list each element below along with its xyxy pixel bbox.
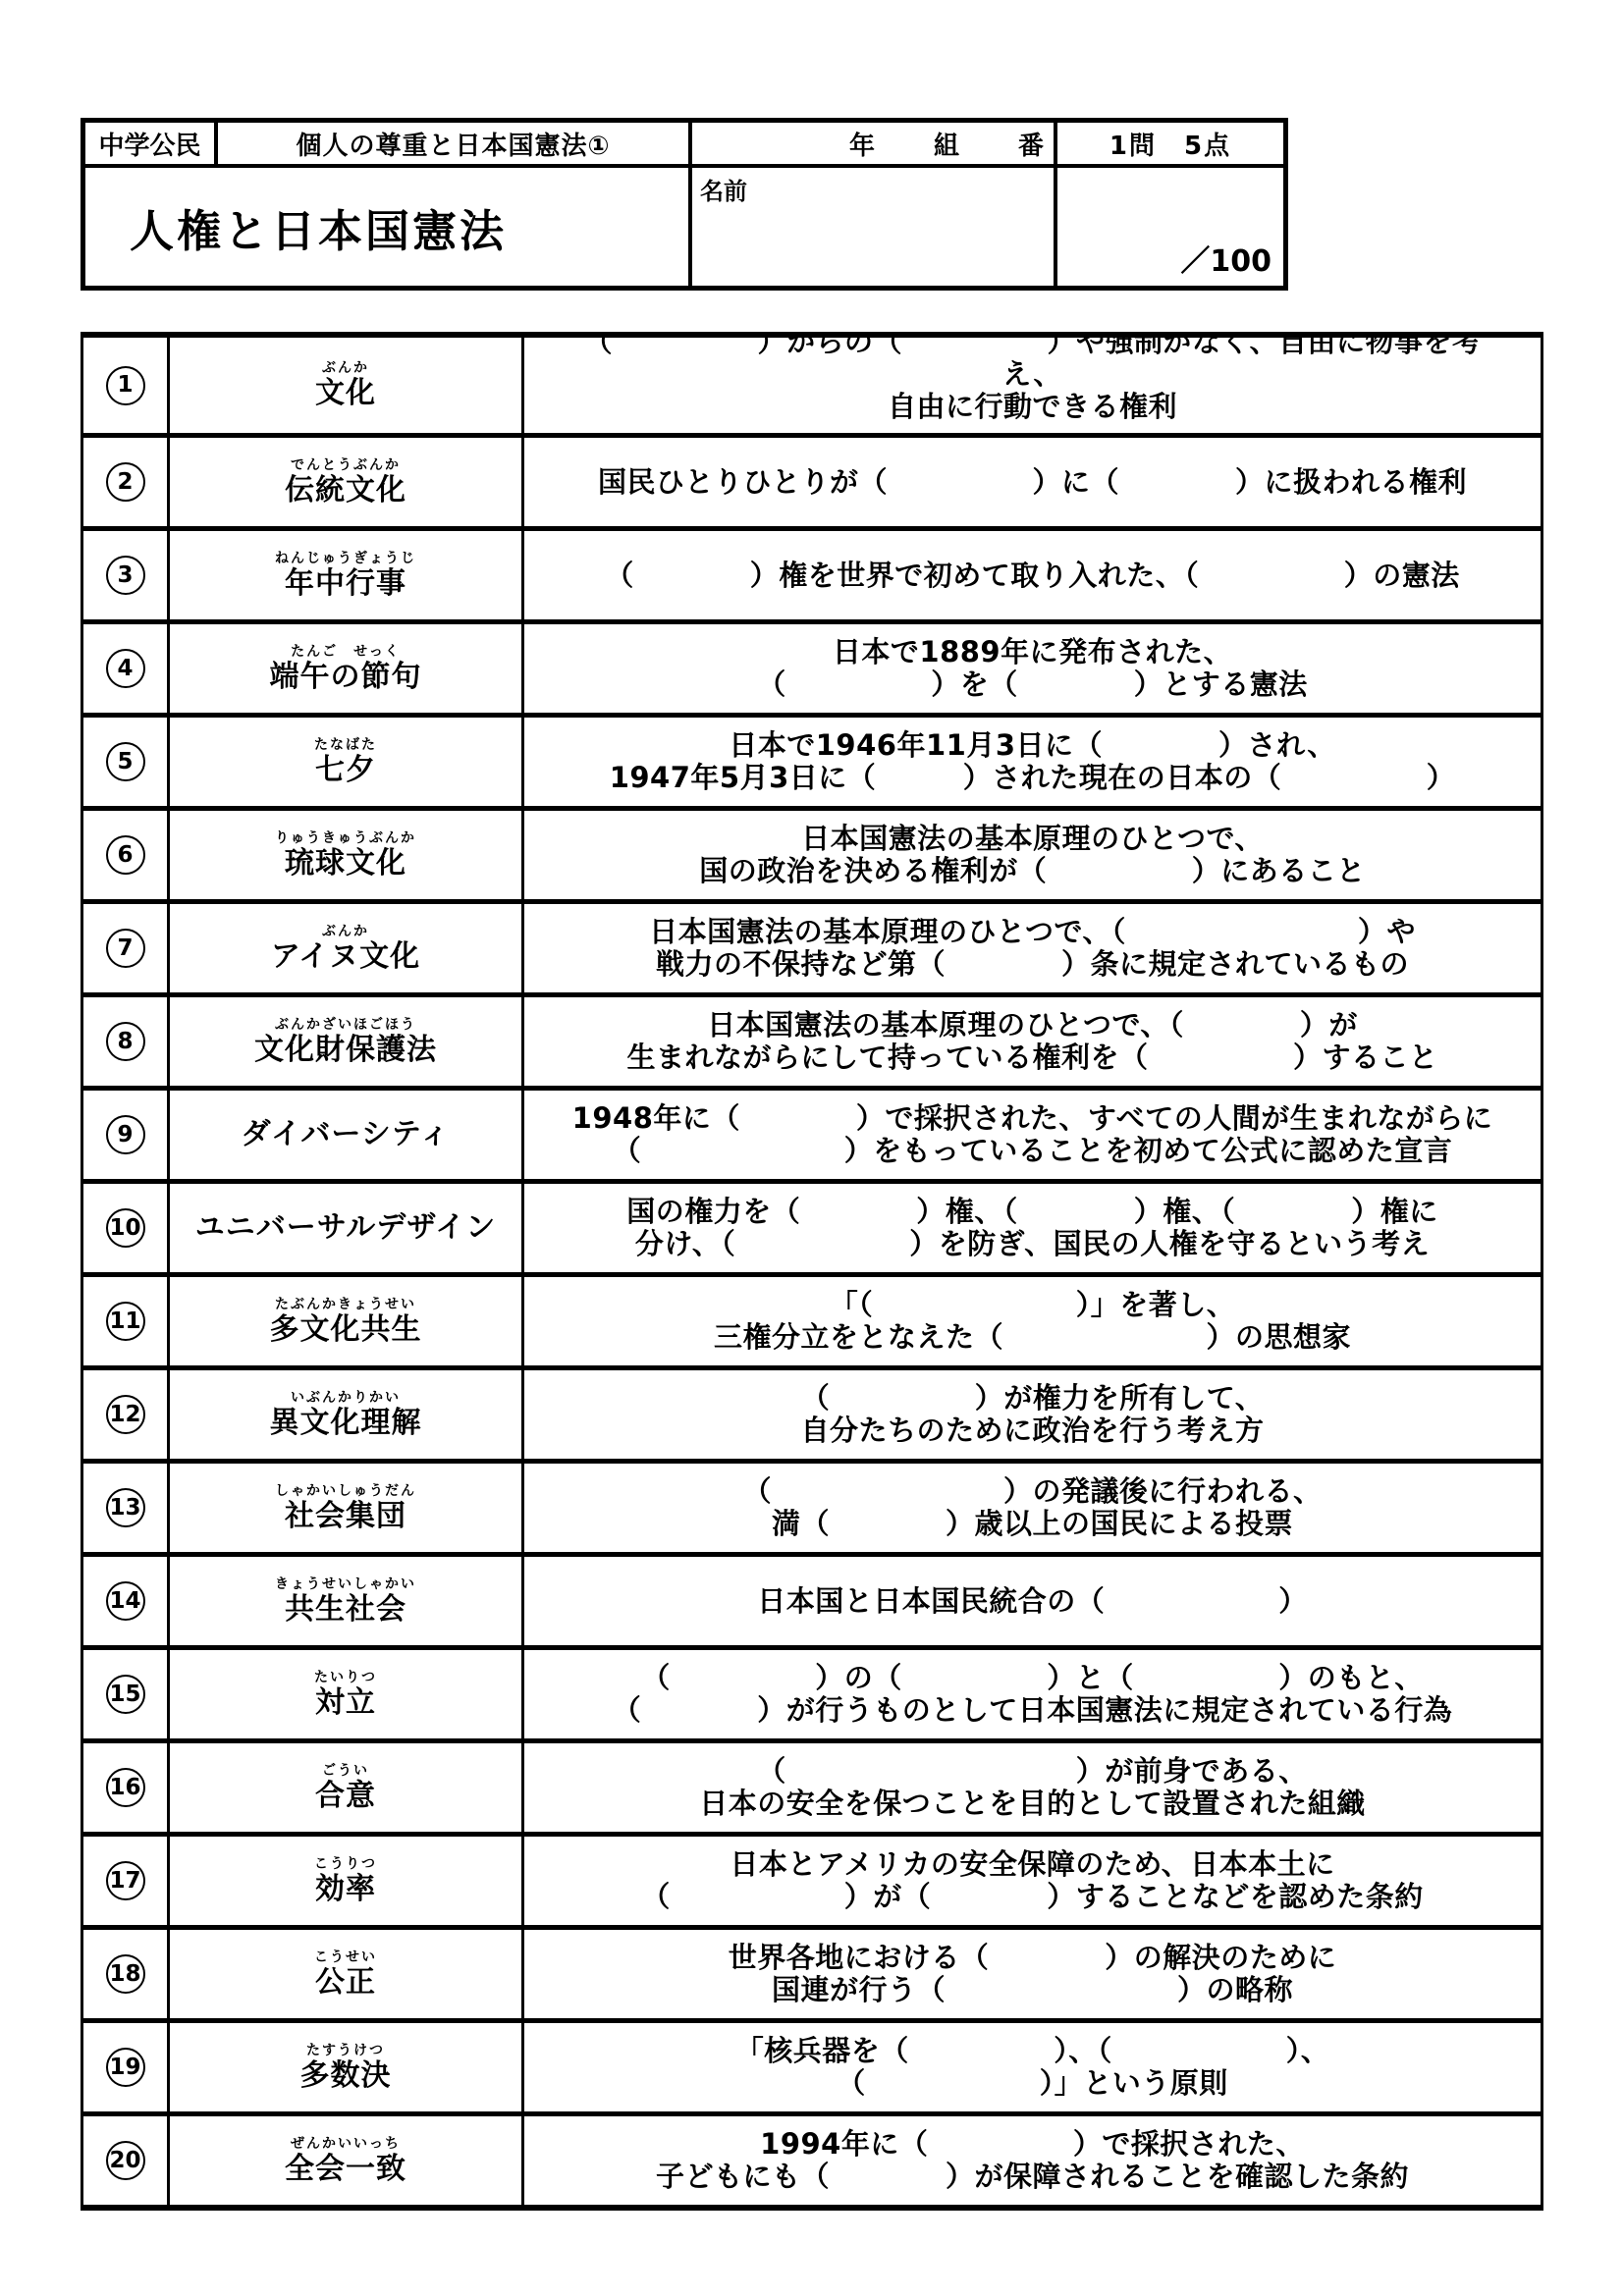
table-row: 11 たぶんかきょうせい 多文化共生 「（ ）」を著し、三権分立をとなえた（ ）… [83,1272,1541,1365]
term-label: 公正 [315,1966,376,2000]
question-line: （ ）権を世界で初めて取り入れた、（ ）の憲法 [605,560,1460,592]
question-text: 「核兵器を（ ）、（ ）、（ ）」という原則 [524,2023,1541,2111]
score-denominator: ／100 [1180,237,1271,280]
term-label: ユニバーサルデザイン [195,1211,496,1245]
table-row: 19 たすうけつ 多数決 「核兵器を（ ）、（ ）、（ ）」という原則 [83,2018,1541,2111]
worksheet-header: 中学公民 個人の尊重と日本国憲法① 年 組 番 1問 5点 人権と日本国憲法 名… [81,118,1288,291]
question-line: 日本国憲法の基本原理のひとつで、（ ）や [649,916,1416,948]
question-number: 16 [106,1768,145,1807]
question-line: 日本国憲法の基本原理のひとつで、（ ）が [707,1009,1358,1041]
question-number: 8 [106,1022,145,1061]
question-line: （ ）が行うものとして日本国憲法に規定されている行為 [613,1694,1453,1727]
term-cell: たすうけつ 多数決 [170,2023,524,2111]
term-furigana: たいりつ [314,1670,377,1686]
number-cell: 14 [83,1557,170,1645]
term-furigana: しゃかいしゅうだん [275,1483,416,1500]
table-row: 8 ぶんかざいほごほう 文化財保護法 日本国憲法の基本原理のひとつで、（ ）が生… [83,992,1541,1086]
question-number: 5 [106,742,145,781]
term-furigana: ごうい [322,1763,369,1780]
table-row: 20 ぜんかいいっち 全会一致 1994年に（ ）で採択された、子どもにも（ ）… [83,2111,1541,2205]
unit-title: 個人の尊重と日本国憲法① [218,123,692,168]
question-line: 子どもにも（ ）が保障されることを確認した条約 [656,2161,1409,2193]
question-text: 世界各地における（ ）の解決のために国連が行う（ ）の略称 [524,1930,1541,2018]
question-number: 3 [106,556,145,595]
question-text: 国民ひとりひとりが（ ）に（ ）に扱われる権利 [524,438,1541,526]
question-line: 国連が行う（ ）の略称 [772,1974,1293,2006]
number-cell: 1 [83,338,170,433]
term-label: 文化財保護法 [254,1034,437,1067]
table-row: 10 ユニバーサルデザイン 国の権力を（ ）権、（ ）権、（ ）権に分け、（ ）… [83,1179,1541,1272]
term-furigana: きょうせいしゃかい [275,1576,416,1593]
term-furigana: りゅうきゅうぶんか [275,830,416,847]
term-label: ダイバーシティ [242,1118,451,1151]
term-label: 対立 [315,1686,376,1720]
question-text: 日本国憲法の基本原理のひとつで、国の政治を決める権利が（ ）にあること [524,811,1541,899]
question-line: 日本で1946年11月3日に（ ）され、 [729,729,1336,762]
term-label: 伝統文化 [285,474,406,507]
table-row: 5 たなばた 七夕 日本で1946年11月3日に（ ）され、1947年5月3日に… [83,713,1541,806]
question-line: 「核兵器を（ ）、（ ）、 [735,2035,1330,2067]
number-cell: 3 [83,531,170,619]
question-line: 1947年5月3日に（ ）された現在の日本の（ ） [610,762,1456,794]
term-cell: でんとうぶんか 伝統文化 [170,438,524,526]
question-number: 18 [106,1954,145,1994]
worksheet-title: 人権と日本国憲法 [85,168,692,286]
name-label: 名前 [700,172,747,206]
term-cell: ねんじゅうぎょうじ 年中行事 [170,531,524,619]
question-number: 14 [106,1581,145,1621]
term-cell: ぜんかいいっち 全会一致 [170,2116,524,2205]
term-furigana: でんとうぶんか [291,457,401,474]
number-cell: 19 [83,2023,170,2111]
question-number: 15 [106,1675,145,1714]
question-number: 1 [106,366,145,405]
number-cell: 13 [83,1464,170,1552]
term-label: 異文化理解 [270,1407,422,1440]
question-line: （ ）を（ ）とする憲法 [757,668,1308,701]
term-label: 多文化共生 [270,1313,422,1347]
number-cell: 10 [83,1184,170,1272]
question-number: 19 [106,2048,145,2087]
term-furigana: たんご せっく [291,644,401,661]
score-field: ／100 [1057,168,1283,286]
question-line: 世界各地における（ ）の解決のために [729,1942,1337,1974]
question-line: 自由に行動できる権利 [888,391,1177,423]
number-cell: 5 [83,718,170,806]
term-label: 端午の節句 [270,661,422,694]
question-number: 12 [106,1395,145,1434]
question-line: 日本の安全を保つことを目的として設置された組織 [699,1788,1366,1820]
number-cell: 15 [83,1650,170,1738]
term-furigana: こうせい [314,1949,377,1966]
term-cell: たなばた 七夕 [170,718,524,806]
question-line: 1994年に（ ）で採択された、 [760,2128,1305,2161]
question-line: 日本とアメリカの安全保障のため、日本本土に [730,1848,1334,1881]
seat-number-label: 番 [1018,126,1044,162]
question-line: （ ）の（ ）と（ ）のもと、 [641,1662,1424,1694]
table-row: 2 でんとうぶんか 伝統文化 国民ひとりひとりが（ ）に（ ）に扱われる権利 [83,433,1541,526]
term-cell: きょうせいしゃかい 共生社会 [170,1557,524,1645]
number-cell: 20 [83,2116,170,2205]
table-row: 7 ぶんか アイヌ文化 日本国憲法の基本原理のひとつで、（ ）や戦力の不保持など… [83,899,1541,992]
class-fields: 年 組 番 [692,123,1057,168]
term-label: 合意 [315,1780,376,1813]
question-line: 1948年に（ ）で採択された、すべての人間が生まれながらに [572,1102,1493,1135]
number-cell: 17 [83,1837,170,1925]
term-furigana: ぶんか [322,924,369,940]
table-row: 1 ぶんか 文化 （ ）からの（ ）や強制がなく、自由に物事を考え、自由に行動で… [83,338,1541,433]
term-label: 社会集団 [285,1500,406,1533]
term-cell: ごうい 合意 [170,1743,524,1832]
question-text: 1948年に（ ）で採択された、すべての人間が生まれながらに（ ）をもっているこ… [524,1091,1541,1179]
question-text: （ ）からの（ ）や強制がなく、自由に物事を考え、自由に行動できる権利 [524,338,1541,433]
table-row: 15 たいりつ 対立 （ ）の（ ）と（ ）のもと、（ ）が行うものとして日本国… [83,1645,1541,1738]
question-text: 日本で1889年に発布された、（ ）を（ ）とする憲法 [524,624,1541,713]
number-cell: 8 [83,997,170,1086]
question-text: （ ）の発議後に行われる、満（ ）歳以上の国民による投票 [524,1464,1541,1552]
term-label: 共生社会 [285,1593,406,1627]
table-row: 9 ダイバーシティ 1948年に（ ）で採択された、すべての人間が生まれながらに… [83,1086,1541,1179]
question-text: 1994年に（ ）で採択された、子どもにも（ ）が保障されることを確認した条約 [524,2116,1541,2205]
question-number: 7 [106,929,145,968]
number-cell: 18 [83,1930,170,2018]
term-cell: ユニバーサルデザイン [170,1184,524,1272]
term-furigana: ねんじゅうぎょうじ [275,551,416,567]
question-text: 日本とアメリカの安全保障のため、日本本土に（ ）が（ ）することなどを認めた条約 [524,1837,1541,1925]
term-label: 七夕 [315,754,376,787]
term-cell: しゃかいしゅうだん 社会集団 [170,1464,524,1552]
question-text: 日本国憲法の基本原理のひとつで、（ ）や戦力の不保持など第（ ）条に規定されてい… [524,904,1541,992]
term-furigana: ぶんか [322,360,369,377]
term-label: 文化 [315,377,376,410]
question-line: 三権分立をとなえた（ ）の思想家 [714,1321,1351,1354]
question-line: 日本国と日本国民統合の（ ） [757,1585,1308,1618]
term-cell: りゅうきゅうぶんか 琉球文化 [170,811,524,899]
question-line: 分け、（ ）を防ぎ、国民の人権を守るという考え [635,1228,1430,1260]
term-furigana: こうりつ [314,1856,377,1873]
question-text: 日本国と日本国民統合の（ ） [524,1557,1541,1645]
question-line: （ ）が（ ）することなどを認めた条約 [641,1881,1424,1913]
table-row: 6 りゅうきゅうぶんか 琉球文化 日本国憲法の基本原理のひとつで、国の政治を決め… [83,806,1541,899]
question-line: （ ）の発議後に行われる、 [742,1475,1322,1508]
question-line: 日本国憲法の基本原理のひとつで、 [801,823,1264,855]
question-line: 日本で1889年に発布された、 [833,636,1232,668]
question-number: 17 [106,1861,145,1900]
table-row: 4 たんご せっく 端午の節句 日本で1889年に発布された、（ ）を（ ）とす… [83,619,1541,713]
term-cell: ぶんか 文化 [170,338,524,433]
number-cell: 2 [83,438,170,526]
term-furigana: たぶんかきょうせい [275,1297,416,1313]
table-row: 16 ごうい 合意 （ ）が前身である、日本の安全を保つことを目的として設置され… [83,1738,1541,1832]
question-number: 6 [106,835,145,875]
year-label: 年 [849,126,875,162]
table-row: 12 いぶんかりかい 異文化理解 （ ）が権力を所有して、自分たちのために政治を… [83,1365,1541,1459]
term-cell: こうせい 公正 [170,1930,524,2018]
table-row: 14 きょうせいしゃかい 共生社会 日本国と日本国民統合の（ ） [83,1552,1541,1645]
term-cell: たぶんかきょうせい 多文化共生 [170,1277,524,1365]
question-line: （ ）が権力を所有して、 [801,1382,1264,1415]
term-label: 多数決 [300,2059,392,2093]
term-label: 全会一致 [285,2153,406,2186]
question-line: 国の政治を決める権利が（ ）にあること [699,855,1366,887]
question-line: 生まれながらにして持っている権利を（ ）すること [626,1041,1437,1074]
question-line: 国民ひとりひとりが（ ）に（ ）に扱われる権利 [598,466,1467,499]
question-number: 9 [106,1115,145,1154]
term-furigana: ぶんかざいほごほう [275,1017,416,1034]
question-line: （ ）」という原則 [837,2067,1228,2100]
question-text: （ ）権を世界で初めて取り入れた、（ ）の憲法 [524,531,1541,619]
question-line: 国の権力を（ ）権、（ ）権、（ ）権に [626,1196,1438,1228]
question-number: 10 [106,1208,145,1248]
question-table: 1 ぶんか 文化 （ ）からの（ ）や強制がなく、自由に物事を考え、自由に行動で… [81,332,1543,2211]
class-label: 組 [934,126,959,162]
term-cell: ぶんか アイヌ文化 [170,904,524,992]
points-per-question: 1問 5点 [1057,123,1283,168]
term-furigana: いぶんかりかい [291,1390,401,1407]
question-text: 日本国憲法の基本原理のひとつで、（ ）が生まれながらにして持っている権利を（ ）… [524,997,1541,1086]
question-text: 「（ ）」を著し、三権分立をとなえた（ ）の思想家 [524,1277,1541,1365]
term-label: 効率 [315,1873,376,1906]
number-cell: 12 [83,1370,170,1459]
term-cell: たんご せっく 端午の節句 [170,624,524,713]
term-label: 琉球文化 [285,847,406,881]
question-line: 戦力の不保持など第（ ）条に規定されているもの [656,948,1409,981]
question-number: 13 [106,1488,145,1527]
number-cell: 16 [83,1743,170,1832]
question-line: （ ）をもっていることを初めて公式に認めた宣言 [613,1135,1453,1167]
question-number: 2 [106,462,145,502]
question-text: 国の権力を（ ）権、（ ）権、（ ）権に分け、（ ）を防ぎ、国民の人権を守るとい… [524,1184,1541,1272]
term-cell: ぶんかざいほごほう 文化財保護法 [170,997,524,1086]
question-text: （ ）が権力を所有して、自分たちのために政治を行う考え方 [524,1370,1541,1459]
question-line: （ ）が前身である、 [757,1755,1308,1788]
number-cell: 11 [83,1277,170,1365]
term-cell: ダイバーシティ [170,1091,524,1179]
term-cell: こうりつ 効率 [170,1837,524,1925]
worksheet-page: 中学公民 個人の尊重と日本国憲法① 年 組 番 1問 5点 人権と日本国憲法 名… [0,0,1623,2296]
question-line: 「（ ）」を著し、 [830,1289,1236,1321]
term-cell: いぶんかりかい 異文化理解 [170,1370,524,1459]
table-row: 13 しゃかいしゅうだん 社会集団 （ ）の発議後に行われる、満（ ）歳以上の国… [83,1459,1541,1552]
subject-label: 中学公民 [85,123,218,168]
question-line: （ ）からの（ ）や強制がなく、自由に物事を考 [584,338,1482,358]
number-cell: 6 [83,811,170,899]
term-furigana: たすうけつ [306,2043,385,2059]
table-row: 18 こうせい 公正 世界各地における（ ）の解決のために国連が行う（ ）の略称 [83,1925,1541,2018]
question-line: 自分たちのために政治を行う考え方 [800,1415,1264,1447]
term-furigana: ぜんかいいっち [291,2136,401,2153]
table-row: 3 ねんじゅうぎょうじ 年中行事 （ ）権を世界で初めて取り入れた、（ ）の憲法 [83,526,1541,619]
term-label: アイヌ文化 [271,940,420,974]
term-label: 年中行事 [285,567,406,601]
question-number: 11 [106,1302,145,1341]
term-cell: たいりつ 対立 [170,1650,524,1738]
name-field: 名前 [692,168,1057,286]
table-row: 17 こうりつ 効率 日本とアメリカの安全保障のため、日本本土に（ ）が（ ）す… [83,1832,1541,1925]
question-text: 日本で1946年11月3日に（ ）され、1947年5月3日に（ ）された現在の日… [524,718,1541,806]
term-furigana: たなばた [314,737,377,754]
question-line: え、 [1002,358,1062,391]
question-text: （ ）の（ ）と（ ）のもと、（ ）が行うものとして日本国憲法に規定されている行… [524,1650,1541,1738]
question-text: （ ）が前身である、日本の安全を保つことを目的として設置された組織 [524,1743,1541,1832]
number-cell: 4 [83,624,170,713]
number-cell: 9 [83,1091,170,1179]
number-cell: 7 [83,904,170,992]
question-line: 満（ ）歳以上の国民による投票 [772,1508,1293,1540]
question-number: 4 [106,649,145,688]
question-number: 20 [106,2141,145,2180]
